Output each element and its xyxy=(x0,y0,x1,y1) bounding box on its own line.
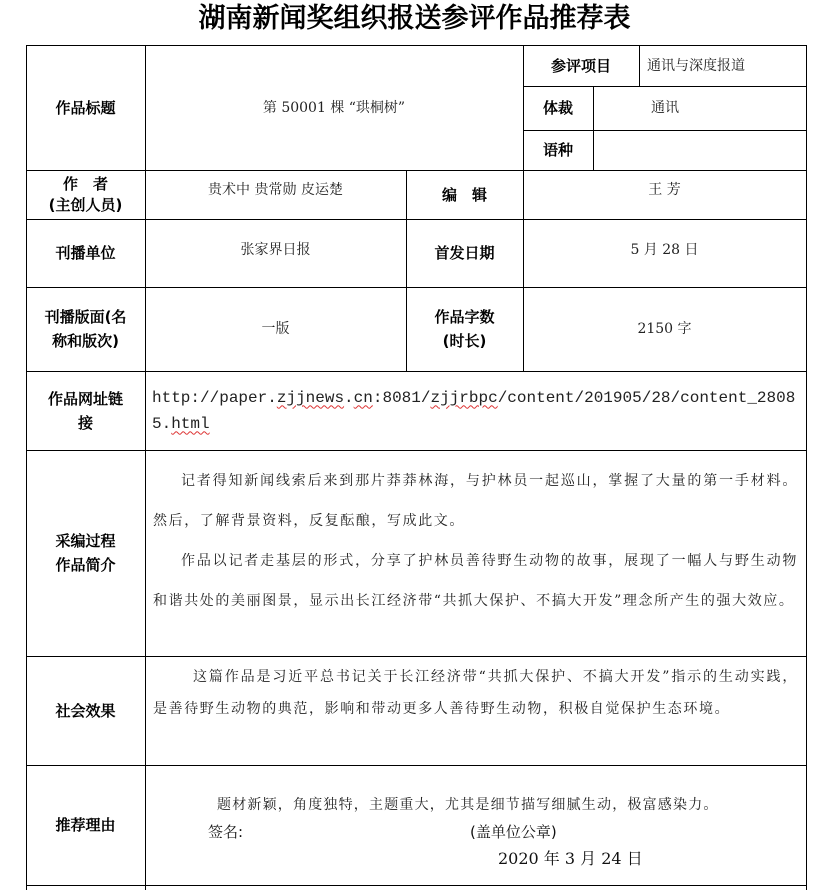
editor-value: 王 芳 xyxy=(523,170,806,219)
publisher-label: 刊播单位 xyxy=(26,219,145,287)
author-label-line2: (主创人员) xyxy=(49,195,123,216)
process-text: 记者得知新闻线索后来到那片莽莽林海，与护林员一起巡山，掌握了大量的第一手材料。然… xyxy=(145,450,806,656)
url-cell: http://paper.zjjnews.cn:8081/zjjrbpc/con… xyxy=(145,371,806,450)
reason-text: 题材新颖，角度独特，主题重大，尤其是细节描写细腻生动，极富感染力。 xyxy=(145,790,806,818)
process-paragraph-1: 记者得知新闻线索后来到那片莽莽林海，与护林员一起巡山，掌握了大量的第一手材料。然… xyxy=(153,461,798,541)
author-value: 贵术中 贵常勋 皮运楚 xyxy=(145,170,406,219)
url-label-line1: 作品网址链 xyxy=(48,387,123,411)
process-label: 采编过程 作品简介 xyxy=(26,450,145,656)
author-label-line1: 作 者 xyxy=(63,174,108,195)
effect-label: 社会效果 xyxy=(26,656,145,765)
category-value: 通讯与深度报道 xyxy=(639,45,806,86)
url-label: 作品网址链 接 xyxy=(26,371,145,450)
language-value xyxy=(593,130,806,170)
publisher-value: 张家界日报 xyxy=(145,219,406,287)
page-value: 一版 xyxy=(145,287,406,371)
word-count-label-line2: (时长) xyxy=(443,329,487,353)
url-label-line2: 接 xyxy=(78,411,93,435)
url-link[interactable]: http://paper.zjjnews.cn:8081/zjjrbpc/con… xyxy=(152,385,800,437)
process-label-line1: 采编过程 xyxy=(55,529,115,553)
work-title-label: 作品标题 xyxy=(26,45,145,170)
author-label: 作 者 (主创人员) xyxy=(26,170,145,219)
genre-label: 体裁 xyxy=(523,86,593,130)
word-count-label: 作品字数 (时长) xyxy=(406,287,523,371)
effect-paragraph: 这篇作品是习近平总书记关于长江经济带“共抓大保护、不搞大开发”指示的生动实践，是… xyxy=(153,661,798,725)
language-label: 语种 xyxy=(523,130,593,170)
page-label: 刊播版面(名 称和版次) xyxy=(26,287,145,371)
editor-label: 编 辑 xyxy=(406,170,523,219)
signature-label: 签名: xyxy=(208,818,268,844)
word-count-label-line1: 作品字数 xyxy=(434,305,494,329)
word-count-value: 2150 字 xyxy=(523,287,806,371)
page-label-line1: 刊播版面(名 xyxy=(45,305,127,329)
first-date-value: 5 月 28 日 xyxy=(523,219,806,287)
category-label: 参评项目 xyxy=(523,45,639,86)
genre-value: 通讯 xyxy=(593,86,806,130)
first-date-label: 首发日期 xyxy=(406,219,523,287)
reason-date: 2020 年 3 月 24 日 xyxy=(498,843,698,871)
page-label-line2: 称和版次) xyxy=(52,329,119,353)
effect-text: 这篇作品是习近平总书记关于长江经济带“共抓大保护、不搞大开发”指示的生动实践，是… xyxy=(145,656,806,765)
process-paragraph-2: 作品以记者走基层的形式，分享了护林员善待野生动物的故事，展现了一幅人与野生动物和… xyxy=(153,541,798,621)
reason-label: 推荐理由 xyxy=(26,765,145,885)
process-label-line2: 作品简介 xyxy=(55,553,115,577)
page-title: 湖南新闻奖组织报送参评作品推荐表 xyxy=(0,0,829,42)
seal-label: (盖单位公章) xyxy=(470,818,590,844)
work-title-value: 第 50001 棵 “珙桐树” xyxy=(145,45,523,170)
